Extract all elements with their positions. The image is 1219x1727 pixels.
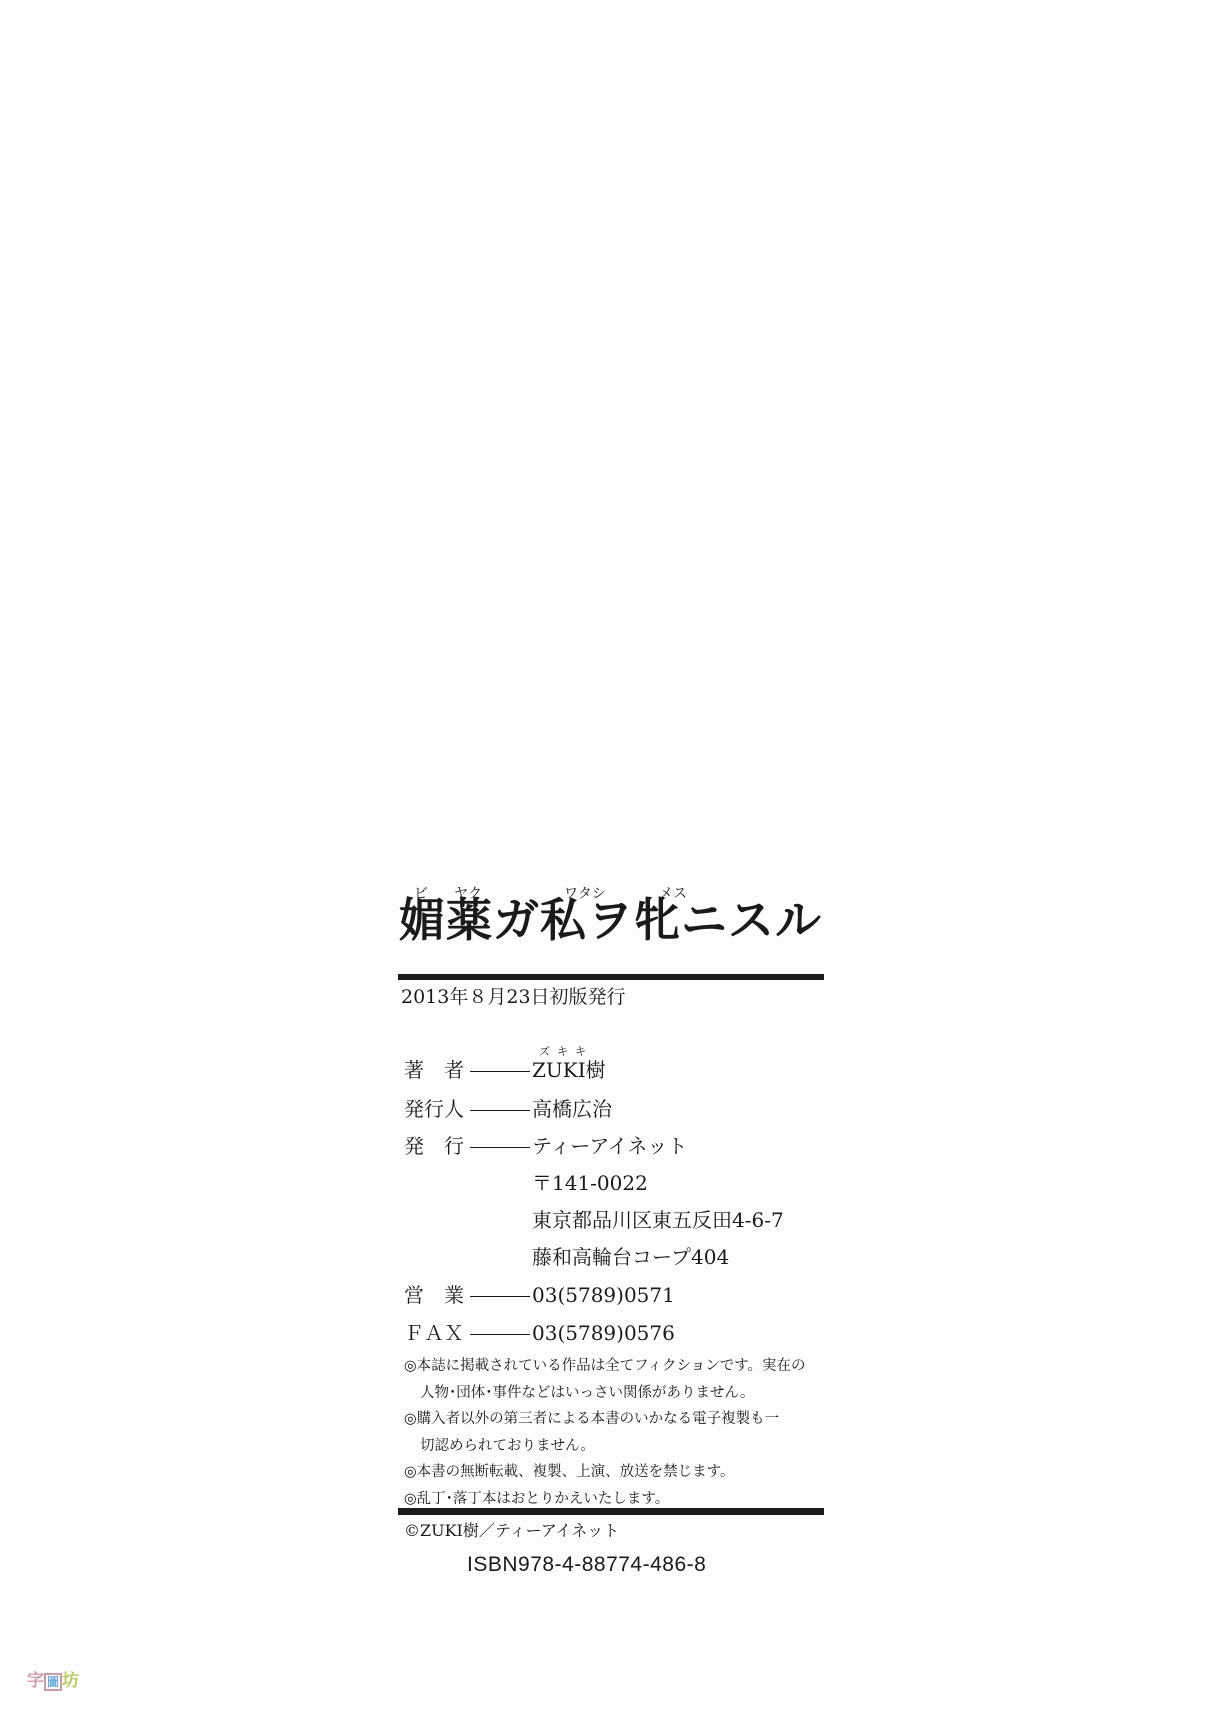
notice-fiction: ◎本誌に掲載されている作品は全てフィクションです。実在の 人物･団体･事件などは… bbox=[404, 1353, 806, 1406]
copyright: ©ZUKI樹／ティーアイネット bbox=[404, 1518, 619, 1541]
title-rule bbox=[398, 974, 824, 980]
credit-value: ティーアイネット bbox=[532, 1131, 687, 1161]
notices-rule bbox=[398, 1508, 824, 1515]
dash-rule bbox=[470, 1110, 530, 1111]
notice-line: 人物･団体･事件などはいっさい関係がありません。 bbox=[404, 1380, 806, 1407]
credit-value: 高橋広治 bbox=[532, 1094, 612, 1124]
dash-rule bbox=[470, 1147, 530, 1148]
notice-line: 切認められておりません。 bbox=[404, 1433, 806, 1460]
notice-line: ◎本誌に掲載されている作品は全てフィクションです。実在の bbox=[404, 1358, 806, 1374]
contact-label: ＦＡＸ bbox=[404, 1318, 470, 1348]
contact-value: 03(5789)0576 bbox=[532, 1318, 675, 1348]
contact-fax: ＦＡＸ03(5789)0576 bbox=[404, 1318, 675, 1348]
watermark-char: 字 bbox=[27, 1671, 44, 1691]
address-line-2: 藤和高輪台コープ404 bbox=[532, 1242, 729, 1272]
book-title: 媚薬ガ私ヲ牝ニスル bbox=[399, 897, 822, 943]
watermark-char: 坊 bbox=[62, 1671, 79, 1691]
watermark-char: 圖 bbox=[44, 1673, 62, 1691]
credit-value: ZUKI樹 bbox=[532, 1055, 606, 1085]
scan-group-watermark: 字圖坊 bbox=[27, 1666, 79, 1691]
postal-code: 〒141-0022 bbox=[532, 1168, 648, 1198]
dash-rule bbox=[470, 1071, 530, 1072]
notice-line: ◎乱丁･落丁本はおとりかえいたします。 bbox=[404, 1491, 669, 1507]
contact-value: 03(5789)0571 bbox=[532, 1280, 675, 1310]
notices-block: ◎本誌に掲載されている作品は全てフィクションです。実在の 人物･団体･事件などは… bbox=[404, 1353, 806, 1512]
contact-label: 営 業 bbox=[404, 1280, 470, 1310]
address-line-1: 東京都品川区東五反田4-6-7 bbox=[532, 1205, 784, 1235]
credit-label: 発行人 bbox=[404, 1094, 470, 1124]
edition-date: 2013年８月23日初版発行 bbox=[401, 982, 626, 1009]
credit-author: 著 者ZUKI樹 bbox=[404, 1055, 606, 1085]
notice-reproduction: ◎本書の無断転載、複製、上演、放送を禁じます。 bbox=[404, 1459, 806, 1486]
contact-sales: 営 業03(5789)0571 bbox=[404, 1280, 675, 1310]
isbn: ISBN978-4-88774-486-8 bbox=[467, 1553, 706, 1577]
credit-label: 発 行 bbox=[404, 1131, 470, 1161]
credit-publisher: 発 行ティーアイネット bbox=[404, 1131, 687, 1161]
credit-publisher-person: 発行人高橋広治 bbox=[404, 1094, 612, 1124]
notice-line: ◎購入者以外の第三者による本書のいかなる電子複製も一 bbox=[404, 1411, 779, 1427]
notice-line: ◎本書の無断転載、複製、上演、放送を禁じます。 bbox=[404, 1464, 735, 1480]
notice-digital-copy: ◎購入者以外の第三者による本書のいかなる電子複製も一 切認められておりません。 bbox=[404, 1406, 806, 1459]
credit-label: 著 者 bbox=[404, 1055, 470, 1085]
dash-rule bbox=[470, 1296, 530, 1297]
dash-rule bbox=[470, 1334, 530, 1335]
